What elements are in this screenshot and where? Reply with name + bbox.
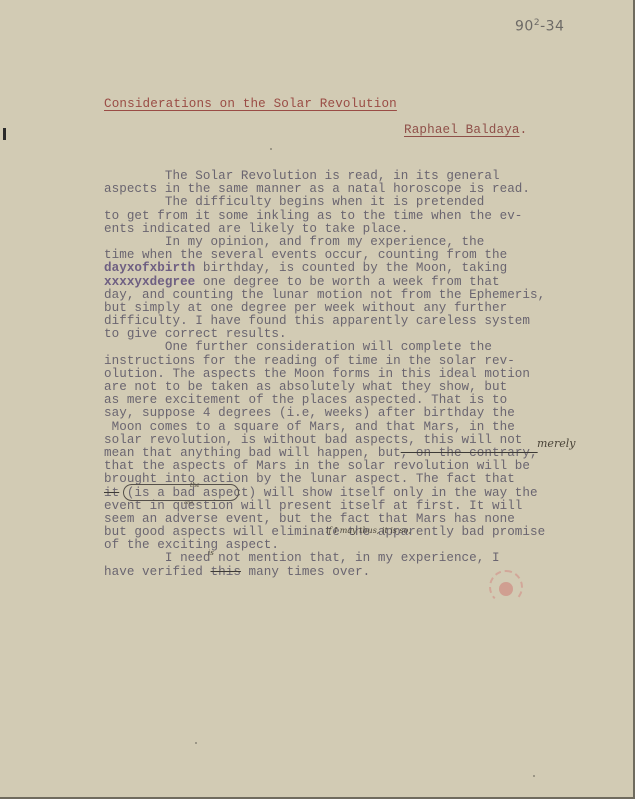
handwritten-is: is <box>208 549 214 557</box>
stamp-seal <box>499 582 513 596</box>
text-line: event in question will present itself at… <box>104 500 554 513</box>
folio-number: 902-34 <box>515 18 564 35</box>
text-line: Moon comes to a square of Mars, and that… <box>104 421 554 434</box>
paper-speck <box>270 148 272 150</box>
text-line: ents indicated are likely to take place. <box>104 223 554 236</box>
text-line: say, suppose 4 degrees (i.e, weeks) afte… <box>104 407 554 420</box>
text-line: xxxxyxdegree one degree to be worth a we… <box>104 276 554 289</box>
handwritten-circle <box>123 484 239 501</box>
text-line: The difficulty begins when it is pretend… <box>104 196 554 209</box>
handwritten-merely: merely <box>537 437 575 450</box>
text-line: One further consideration will complete … <box>104 341 554 354</box>
text-line: I need not mention that, in my experienc… <box>104 552 554 565</box>
text-line: to get from it some inkling as to the ti… <box>104 210 554 223</box>
document-body: The Solar Revolution is read, in its gen… <box>104 170 554 579</box>
folio-suffix: -34 <box>540 19 564 35</box>
text-line: day, and counting the lunar motion not f… <box>104 289 554 302</box>
document-page: 902-34 Considerations on the Solar Revol… <box>0 0 635 799</box>
struck-through-text: it <box>104 486 119 500</box>
author-text: Raphael Baldaya <box>404 123 520 137</box>
struck-through-text: , on the contrary, <box>401 446 538 460</box>
paper-speck <box>533 775 535 777</box>
typed-over-text: dayxofxbirth <box>104 261 195 275</box>
author-name: Raphael Baldaya. <box>404 123 527 137</box>
margin-mark <box>3 128 6 140</box>
document-title: Considerations on the Solar Revolution <box>104 97 397 111</box>
paper-speck <box>195 742 197 744</box>
author-period: . <box>520 123 528 137</box>
handwritten-insert-note: if I may thus, it is so, <box>326 526 411 535</box>
folio-main: 90 <box>515 19 534 35</box>
text-line: instructions for the reading of time in … <box>104 355 554 368</box>
typed-over-text: xxxxyxdegree <box>104 275 195 289</box>
library-stamp <box>487 568 527 602</box>
struck-through-text: this <box>211 565 241 579</box>
